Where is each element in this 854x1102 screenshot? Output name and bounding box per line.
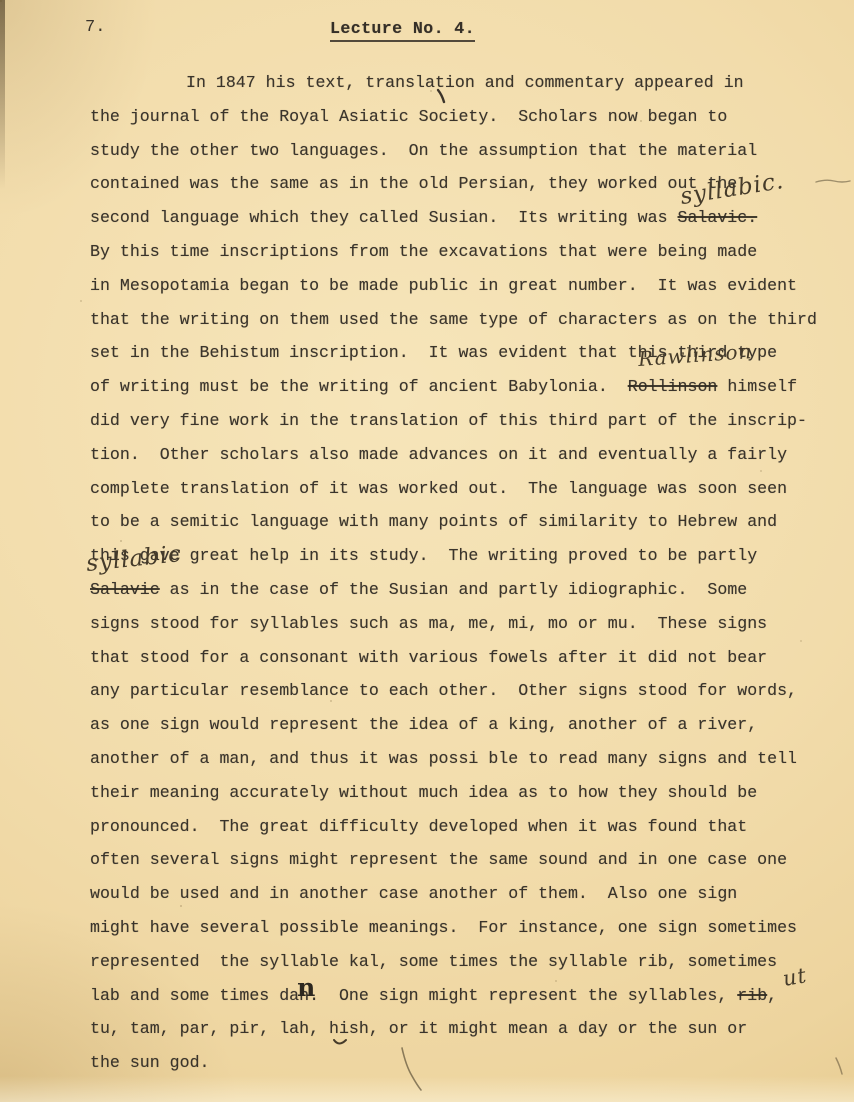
text-line: this gave great help in its study. The w… bbox=[90, 539, 840, 573]
text-line: would be used and in another case anothe… bbox=[90, 877, 840, 911]
text-line: tu, tam, par, pir, lah, hish, or it migh… bbox=[90, 1012, 840, 1046]
typed-text: pronounced. The great difficulty develop… bbox=[90, 817, 747, 836]
page-title: Lecture No. 4. bbox=[330, 19, 475, 42]
typed-text: study the other two languages. On the as… bbox=[90, 141, 757, 160]
text-line: any particular resemblance to each other… bbox=[90, 674, 840, 708]
text-line: another of a man, and thus it was possi … bbox=[90, 742, 840, 776]
text-line: the journal of the Royal Asiatic Society… bbox=[90, 100, 840, 134]
text-line: that stood for a consonant with various … bbox=[90, 641, 840, 675]
text-line: in Mesopotamia began to be made public i… bbox=[90, 269, 840, 303]
typed-text: In 1847 his text, translation and commen… bbox=[186, 73, 744, 92]
typed-text: any particular resemblance to each other… bbox=[90, 681, 797, 700]
typed-text: did very fine work in the translation of… bbox=[90, 411, 807, 430]
struck-word: rib bbox=[737, 986, 767, 1005]
text-line: might have several possible meanings. Fo… bbox=[90, 911, 840, 945]
text-line: In 1847 his text, translation and commen… bbox=[90, 66, 840, 100]
typed-text: to be a semitic language with many point… bbox=[90, 512, 777, 531]
paper-speckles bbox=[0, 0, 2, 2]
typed-text: tion. Other scholars also made advances … bbox=[90, 445, 787, 464]
text-line: to be a semitic language with many point… bbox=[90, 505, 840, 539]
typed-text: represented the syllable kal, some times… bbox=[90, 952, 777, 971]
typed-text: lab and some times da bbox=[90, 986, 299, 1005]
text-line: represented the syllable kal, some times… bbox=[90, 945, 840, 979]
struck-word: Salavic. bbox=[678, 208, 758, 227]
handwritten-annotation: ut bbox=[781, 965, 808, 990]
typed-text: as one sign would represent the idea of … bbox=[90, 715, 757, 734]
typewritten-text: In 1847 his text, translation and commen… bbox=[90, 66, 840, 1080]
text-line: syllabicSalavic as in the case of the Su… bbox=[90, 573, 840, 607]
text-line: study the other two languages. On the as… bbox=[90, 134, 840, 168]
typed-text: that the writing on them used the same t… bbox=[90, 310, 817, 329]
typed-text: that stood for a consonant with various … bbox=[90, 648, 767, 667]
typed-text: of writing must be the writing of ancien… bbox=[90, 377, 628, 396]
text-line: lab and some times danh. One sign might … bbox=[90, 979, 840, 1013]
text-line: as one sign would represent the idea of … bbox=[90, 708, 840, 742]
page-number: 7. bbox=[85, 18, 105, 37]
typed-text: tu, tam, par, pir, lah, hish, or it migh… bbox=[90, 1019, 747, 1038]
typed-text: , bbox=[767, 986, 777, 1005]
text-line: of writing must be the writing of ancien… bbox=[90, 370, 840, 404]
typed-text: often several signs might represent the … bbox=[90, 850, 787, 869]
text-line: tion. Other scholars also made advances … bbox=[90, 438, 840, 472]
struck-word: Rollinson bbox=[628, 377, 718, 396]
typed-text: By this time inscriptions from the excav… bbox=[90, 242, 757, 261]
typed-text: complete translation of it was worked ou… bbox=[90, 479, 787, 498]
typed-text: in Mesopotamia began to be made public i… bbox=[90, 276, 797, 295]
typed-text: himself bbox=[717, 377, 797, 396]
text-line: pronounced. The great difficulty develop… bbox=[90, 810, 840, 844]
typed-text: the sun god. bbox=[90, 1053, 210, 1072]
handwritten-annotation: n bbox=[297, 975, 315, 1000]
typed-text: their meaning accurately without much id… bbox=[90, 783, 757, 802]
typed-text: signs stood for syllables such as ma, me… bbox=[90, 614, 767, 633]
text-line: second language which they called Susian… bbox=[90, 201, 840, 235]
text-line: signs stood for syllables such as ma, me… bbox=[90, 607, 840, 641]
typed-text: the journal of the Royal Asiatic Society… bbox=[90, 107, 727, 126]
text-line: By this time inscriptions from the excav… bbox=[90, 235, 840, 269]
text-line: their meaning accurately without much id… bbox=[90, 776, 840, 810]
typed-text: might have several possible meanings. Fo… bbox=[90, 918, 797, 937]
typed-text: this gave great help in its study. The w… bbox=[90, 546, 757, 565]
typed-text: would be used and in another case anothe… bbox=[90, 884, 737, 903]
text-line: did very fine work in the translation of… bbox=[90, 404, 840, 438]
typed-text: another of a man, and thus it was possi … bbox=[90, 749, 797, 768]
typed-text: second language which they called Susian… bbox=[90, 208, 678, 227]
typed-text: as in the case of the Susian and partly … bbox=[160, 580, 748, 599]
text-line: often several signs might represent the … bbox=[90, 843, 840, 877]
struck-word: Salavic bbox=[90, 580, 160, 599]
text-line: that the writing on them used the same t… bbox=[90, 303, 840, 337]
text-line: complete translation of it was worked ou… bbox=[90, 472, 840, 506]
typed-text: contained was the same as in the old Per… bbox=[90, 174, 737, 193]
text-line: the sun god. bbox=[90, 1046, 840, 1080]
typed-text: h. One sign might represent the syllable… bbox=[299, 986, 737, 1005]
